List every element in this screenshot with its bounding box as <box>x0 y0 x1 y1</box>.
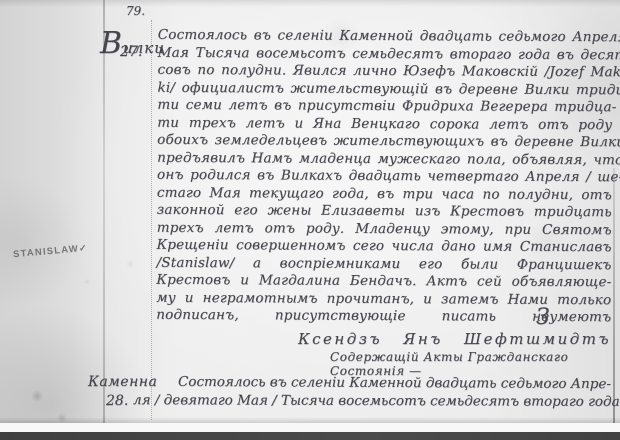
closing-flourish: З <box>536 305 550 330</box>
priest-signature: Ксендзъ Янъ Шефтшмидтъ <box>298 330 611 348</box>
pencil-margin-note: STANISLAW✓ <box>13 243 89 261</box>
handwritten-line: обоихъ земледельцевъ жительствующихъ въ … <box>157 132 612 152</box>
registrar-signature: Содержащiй Акты Гражданскаго Состоянiя — <box>330 350 620 378</box>
record-28-margin-place: Каменна <box>88 374 157 390</box>
record-27-text-block: Состоялось въ селенiи Каменной двадцать … <box>156 27 613 327</box>
record-28-line-1: Состоялось въ селенiи Каменной двадцать … <box>178 374 610 392</box>
paper-bottom-white-strip <box>0 423 620 432</box>
handwritten-line: Крещенiи совершенномъ сего числа дано им… <box>157 237 612 257</box>
handwritten-line: Крестовъ и Магдалина Бендачъ. Актъ сей о… <box>156 272 611 292</box>
top-edge-shade <box>0 0 620 7</box>
page-number: 79. <box>126 4 145 18</box>
record-28-number: 28. <box>106 393 128 409</box>
handwritten-line: ти семи летъ въ присутствiи Фридриха Вег… <box>157 97 612 117</box>
right-page-edge <box>613 168 615 424</box>
handwritten-line: законной его жены Елизаветы изъ Крестовъ… <box>157 202 612 222</box>
scanned-register-page: 79. STANISLAW✓ Вилки 27. Состоялось въ с… <box>0 0 620 440</box>
handwritten-line: Состоялось въ селенiи Каменной двадцать … <box>158 27 613 47</box>
scanner-bed-strip <box>0 432 620 440</box>
handwritten-line: совъ по полудни. Явился лично Юзефъ Мако… <box>158 62 613 82</box>
record-28-line-2: ля / девятаго Мая / Тысяча восемьсотъ се… <box>133 392 610 410</box>
page-fold-edge <box>103 0 105 424</box>
record-27-number: 27. <box>120 44 142 60</box>
margin-column-rule <box>151 20 152 420</box>
handwritten-line: онъ родился въ Вилкахъ двадцать четверта… <box>157 167 612 187</box>
